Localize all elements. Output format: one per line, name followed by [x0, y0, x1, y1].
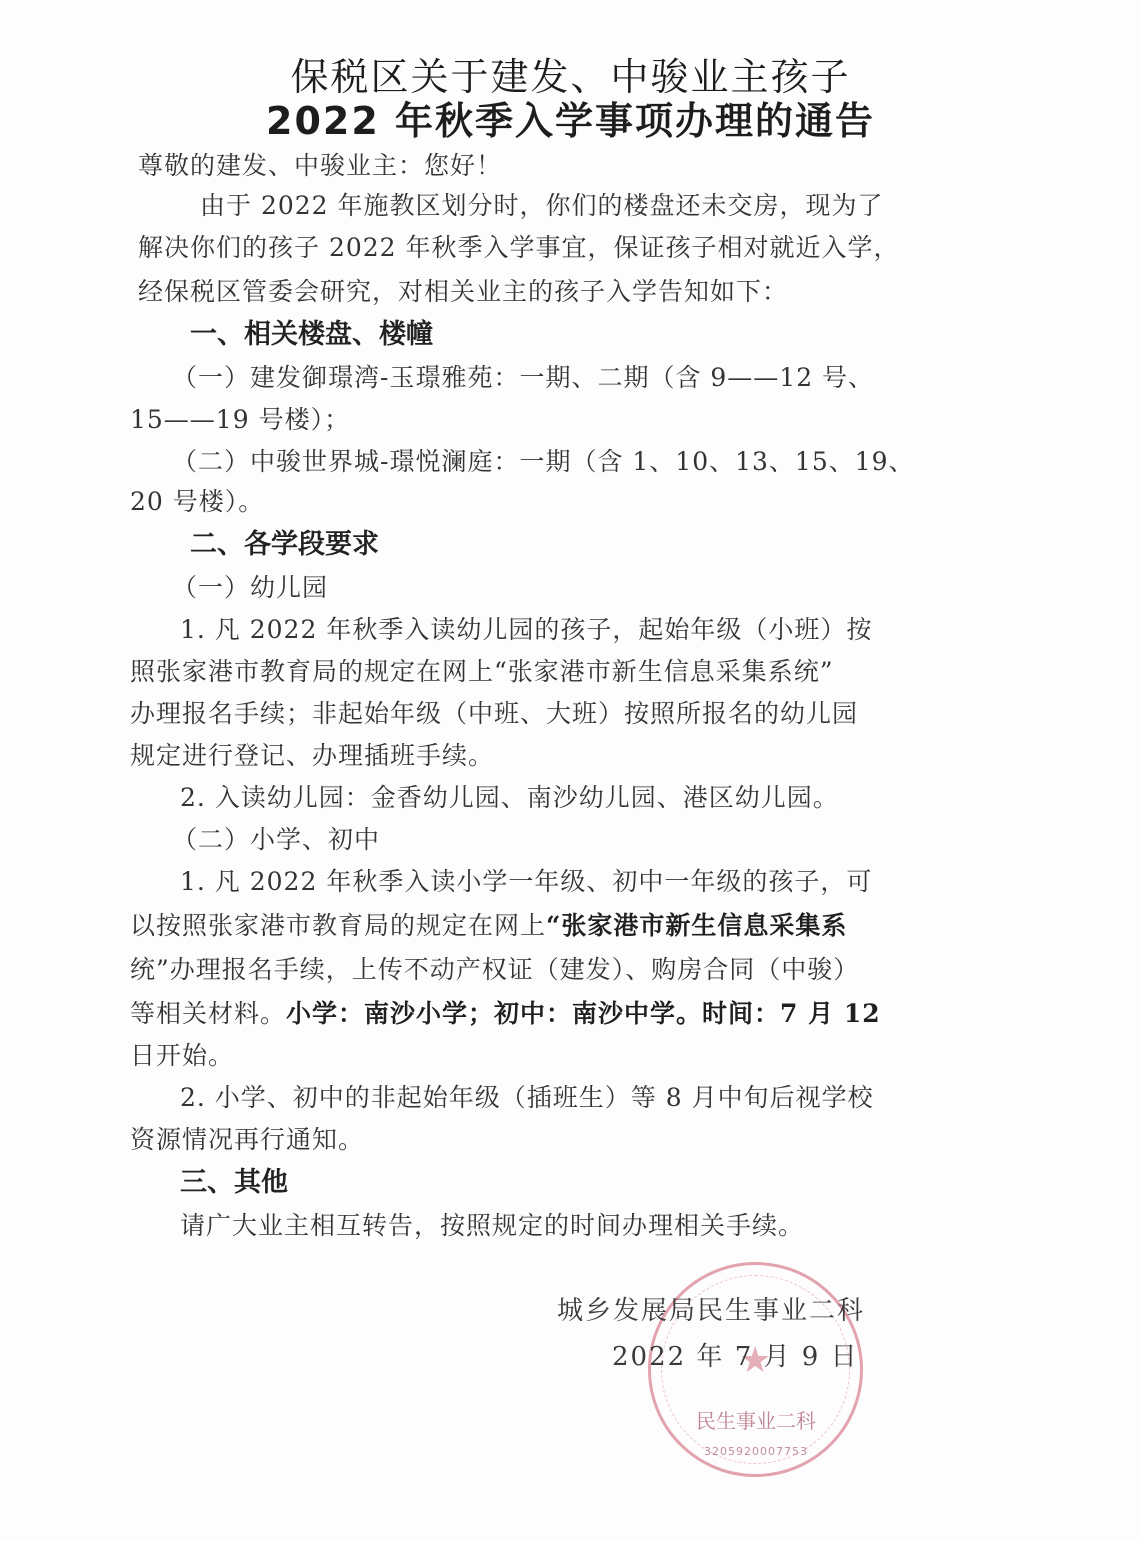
- section3-text: 请广大业主相互转告，按照规定的时间办理相关手续。: [180, 1206, 804, 1242]
- section1-item1-line2: 15——19 号楼）；: [130, 400, 350, 436]
- signature-org: 城乡发展局民生事业二科: [557, 1290, 865, 1327]
- school-p1-line4-a: 等相关材料。: [130, 999, 286, 1028]
- kindergarten-p1-line3: 办理报名手续；非起始年级（中班、大班）按照所报名的幼儿园: [130, 694, 858, 730]
- salutation: 尊敬的建发、中骏业主：您好！: [138, 146, 502, 182]
- school-p1-line2-a: 以按照张家港市教育局的规定在网上: [130, 911, 546, 940]
- document-title-line2: 2022 年秋季入学事项办理的通告: [0, 90, 1141, 145]
- kindergarten-p1-line4: 规定进行登记、办理插班手续。: [130, 736, 494, 772]
- school-p2-line1: 2. 小学、初中的非起始年级（插班生）等 8 月中旬后视学校: [180, 1078, 874, 1114]
- intro-line-1: 由于 2022 年施教区划分时，你们的楼盘还未交房，现为了: [200, 186, 884, 222]
- school-p1-line1: 1. 凡 2022 年秋季入读小学一年级、初中一年级的孩子，可: [180, 862, 872, 898]
- section3-heading: 三、其他: [180, 1160, 288, 1199]
- school-p1-line4-b: 小学：南沙小学；初中：南沙中学。时间：7 月 12: [286, 999, 881, 1028]
- section2-sub2-heading: （二）小学、初中: [172, 820, 380, 856]
- school-p2-line2: 资源情况再行通知。: [130, 1120, 364, 1156]
- kindergarten-p1-line2: 照张家港市教育局的规定在网上“张家港市新生信息采集系统”: [130, 652, 834, 688]
- kindergarten-p2: 2. 入读幼儿园：金香幼儿园、南沙幼儿园、港区幼儿园。: [180, 778, 839, 814]
- school-p1-line3: 统”办理报名手续，上传不动产权证（建发）、购房合同（中骏）: [130, 950, 859, 986]
- school-p1-line2-b: “张家港市新生信息采集系: [546, 911, 847, 940]
- section1-item2-line1: （二）中骏世界城-璟悦澜庭：一期（含 1、10、13、15、19、: [172, 442, 915, 478]
- section1-item2-line2: 20 号楼）。: [130, 482, 264, 518]
- section1-heading: 一、相关楼盘、楼幢: [190, 312, 433, 351]
- school-p1-line5: 日开始。: [130, 1036, 234, 1072]
- school-p1-line2: 以按照张家港市教育局的规定在网上“张家港市新生信息采集系: [130, 906, 847, 942]
- seal-center-text: 民生事业二科: [691, 1405, 821, 1434]
- document-page: 保税区关于建发、中骏业主孩子 2022 年秋季入学事项办理的通告 尊敬的建发、中…: [0, 0, 1141, 1541]
- school-p1-line4: 等相关材料。小学：南沙小学；初中：南沙中学。时间：7 月 12: [130, 994, 881, 1030]
- kindergarten-p1-line1: 1. 凡 2022 年秋季入读幼儿园的孩子，起始年级（小班）按: [180, 610, 872, 646]
- seal-code: 3205920007753: [701, 1445, 811, 1458]
- section2-heading: 二、各学段要求: [190, 522, 379, 561]
- section1-item1-line1: （一）建发御璟湾-玉璟雅苑：一期、二期（含 9——12 号、: [172, 358, 874, 394]
- section2-sub1-heading: （一）幼儿园: [172, 568, 328, 604]
- intro-line-3: 经保税区管委会研究，对相关业主的孩子入学告知如下：: [138, 272, 788, 308]
- signature-date: 2022 年 7 月 9 日: [612, 1336, 859, 1373]
- intro-line-2: 解决你们的孩子 2022 年秋季入学事宜，保证孩子相对就近入学，: [138, 228, 900, 264]
